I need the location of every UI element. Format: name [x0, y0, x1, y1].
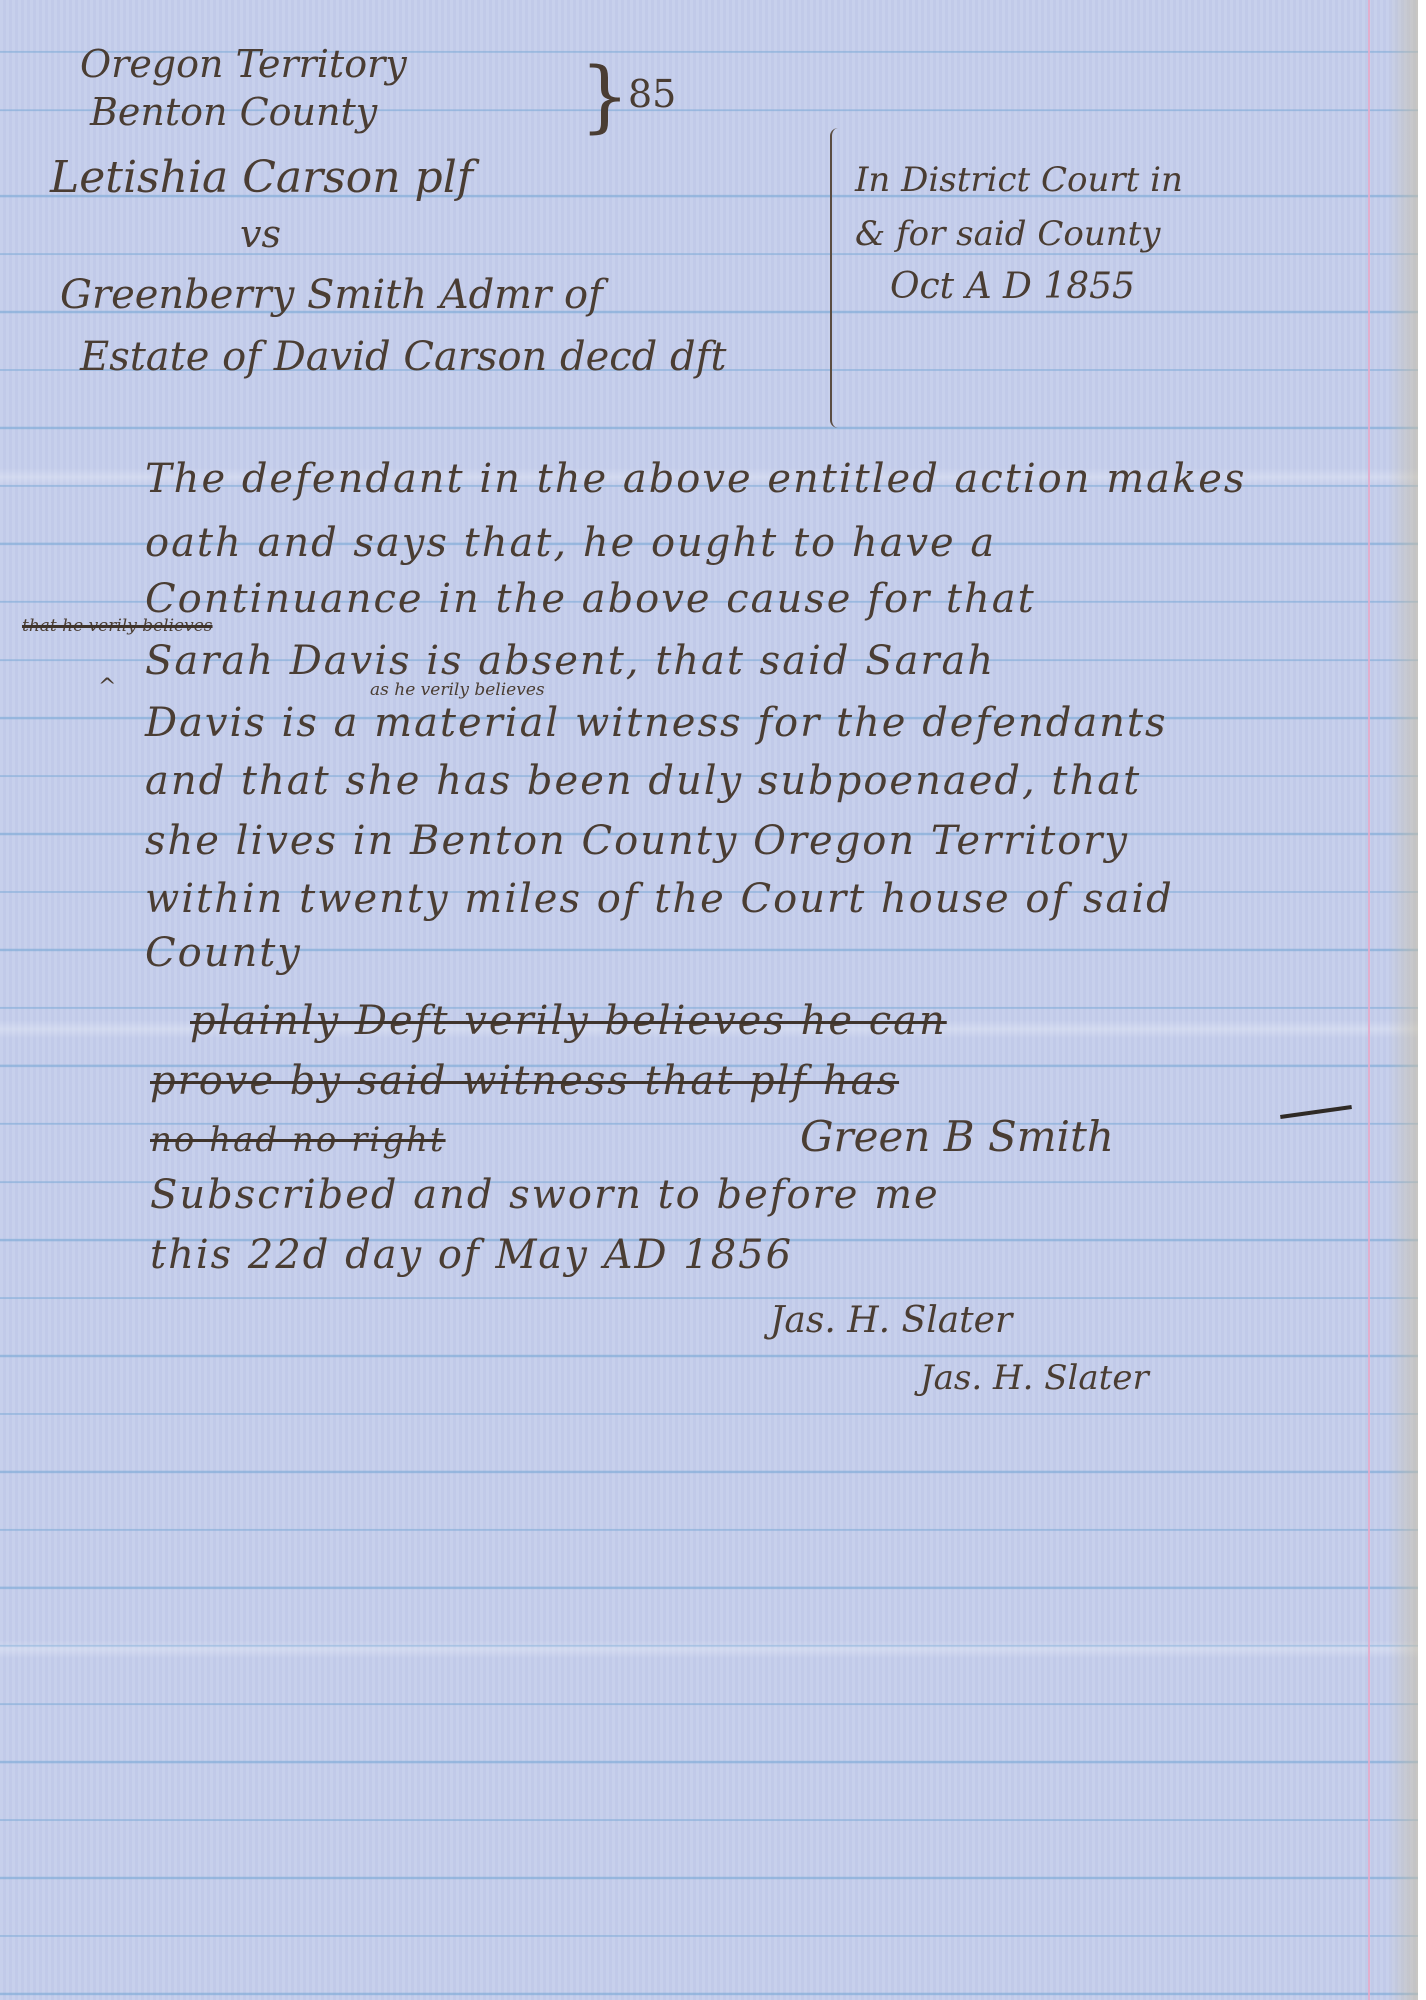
official-signature-1: Jas. H. Slater: [770, 1300, 1012, 1341]
court-line2: & for said County: [855, 214, 1161, 254]
caret-mark: ^: [98, 675, 116, 700]
jurat-line1: Subscribed and sworn to before me: [150, 1172, 940, 1218]
jurat-line2: this 22d day of May AD 1856: [150, 1232, 793, 1278]
struck-line-1: plainly Deft verily believes he can: [190, 998, 947, 1044]
struck-line-2: prove by said witness that plf has: [150, 1058, 899, 1104]
defendant-line2: Estate of David Carson decd dft: [80, 334, 726, 380]
body-line-6: and that she has been duly subpoenaed, t…: [145, 758, 1141, 804]
body-line-8: within twenty miles of the Court house o…: [145, 876, 1174, 922]
venue-county: Benton County: [90, 90, 377, 134]
margin-struck-note: that he verily believes: [22, 616, 213, 636]
margin-line: [1368, 0, 1370, 2000]
affiant-signature: Green B Smith: [800, 1112, 1114, 1161]
court-brace: [830, 128, 846, 428]
versus: vs: [240, 212, 281, 256]
body-line-1: The defendant in the above entitled acti…: [145, 456, 1246, 502]
interlinear-insert: as he verily believes: [370, 680, 545, 700]
case-number: 85: [628, 72, 676, 116]
body-line-2: oath and says that, he ought to have a: [145, 520, 996, 566]
body-line-3: Continuance in the above cause for that: [145, 576, 1036, 622]
official-signature-2: Jas. H. Slater: [920, 1358, 1149, 1398]
venue-territory: Oregon Territory: [80, 42, 407, 86]
court-line1: In District Court in: [855, 160, 1183, 200]
plaintiff-name: Letishia Carson plf: [50, 152, 473, 203]
struck-line-3: no had no right: [150, 1120, 446, 1160]
body-line-4: Sarah Davis is absent, that said Sarah: [145, 638, 995, 684]
venue-brace: }: [580, 52, 630, 142]
body-line-9: County: [145, 930, 302, 976]
paper-edge: [1388, 0, 1418, 2000]
court-line3: Oct A D 1855: [890, 266, 1135, 307]
defendant-line1: Greenberry Smith Admr of: [60, 272, 603, 318]
paper-fold: [0, 1640, 1418, 1658]
body-line-7: she lives in Benton County Oregon Territ…: [145, 818, 1129, 864]
body-line-5: Davis is a material witness for the defe…: [145, 700, 1168, 746]
